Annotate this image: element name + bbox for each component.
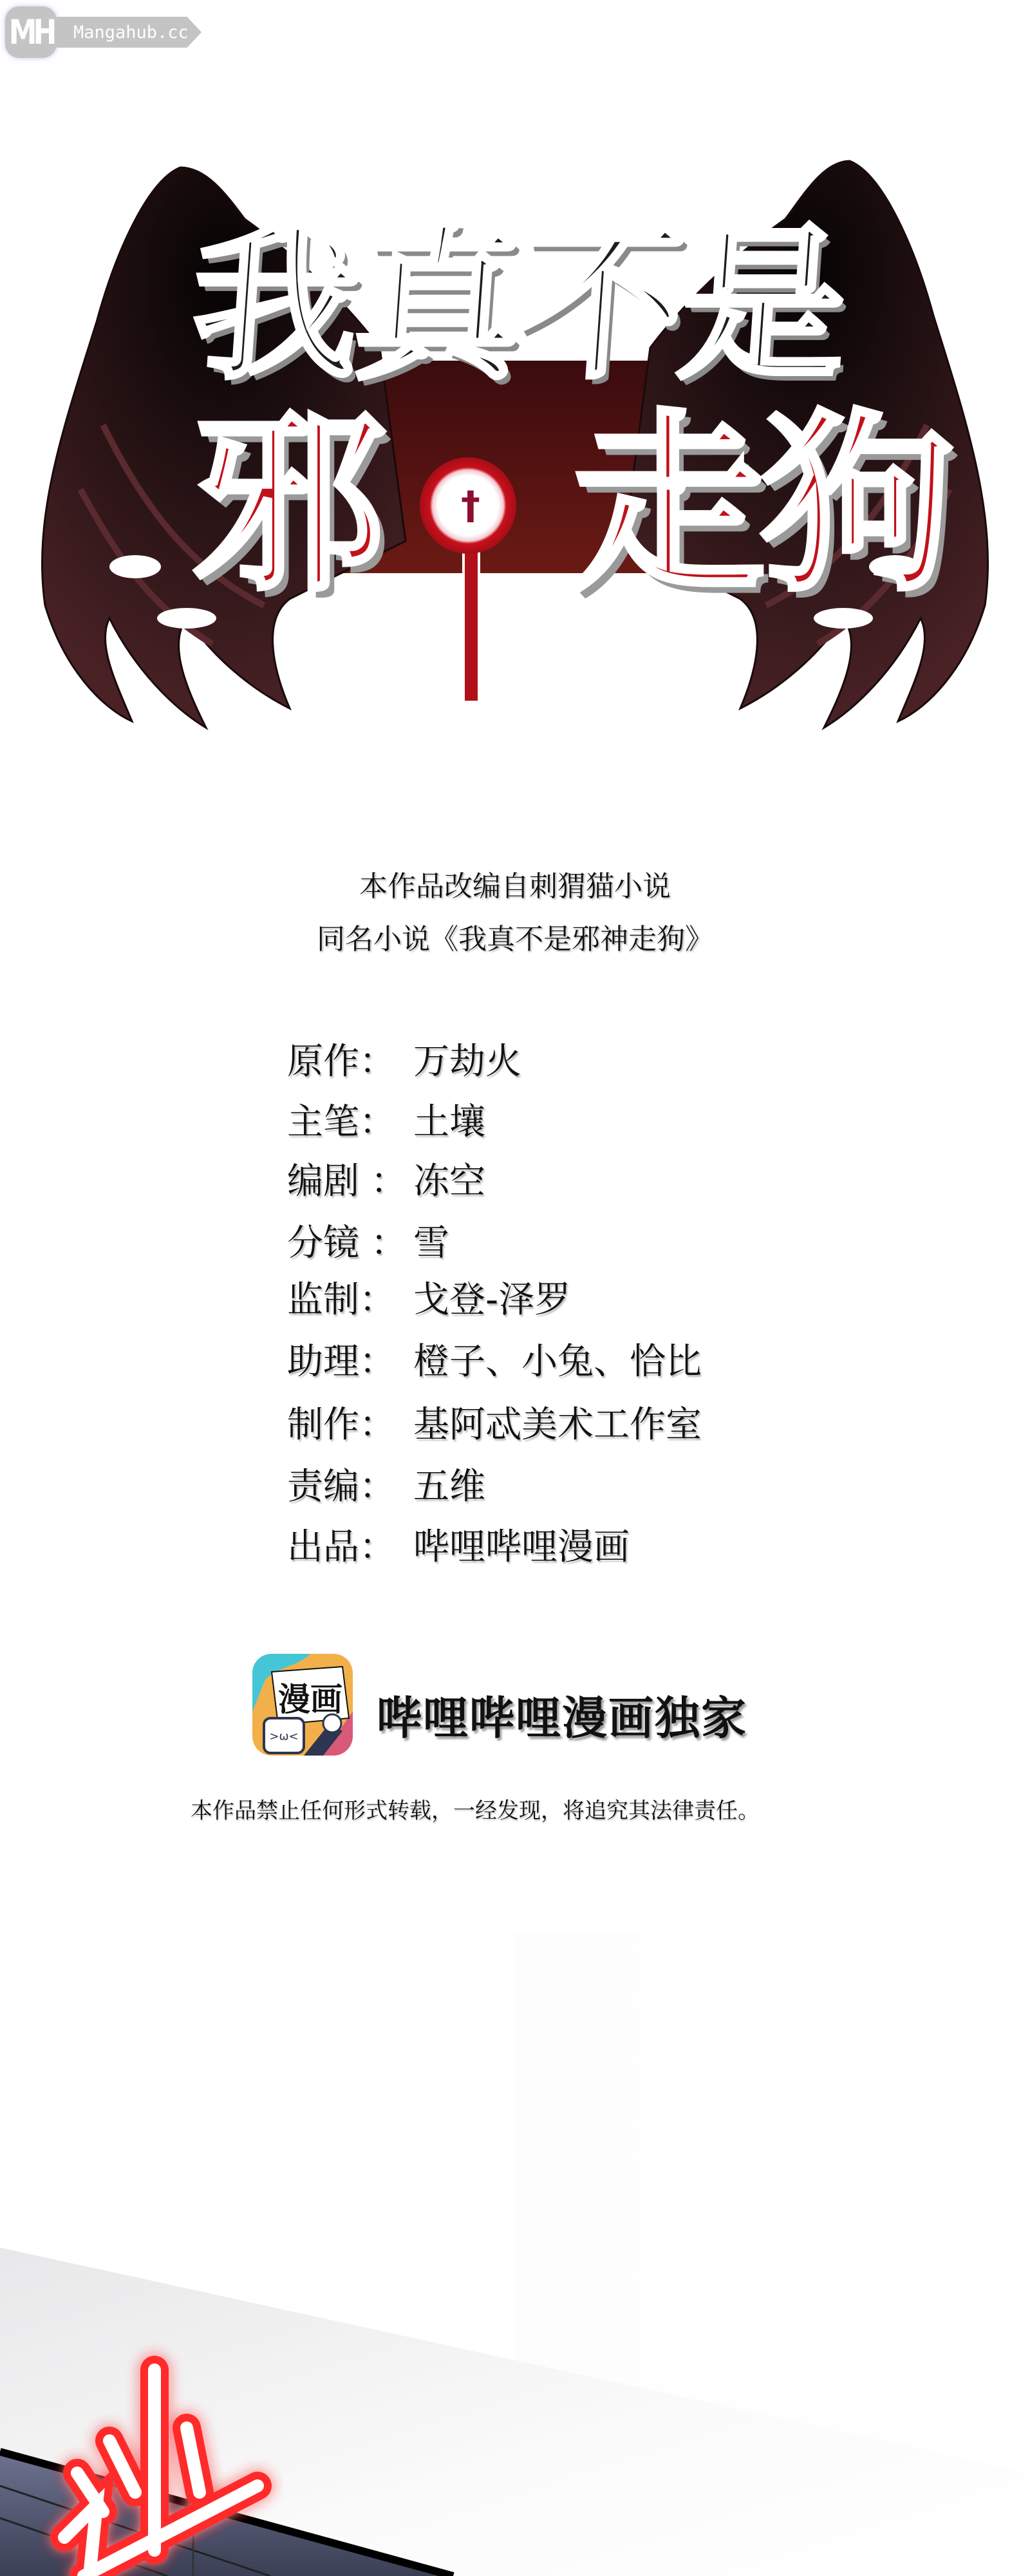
site-watermark[interactable]: MH Mangahub.cc xyxy=(5,6,218,58)
credit-supervisor: 监制：戈登-泽罗 xyxy=(287,1278,570,1316)
svg-text:漫画: 漫画 xyxy=(278,1680,342,1718)
dagger-icon: † xyxy=(461,483,475,528)
credit-publisher: 出品：哔哩哔哩漫画 xyxy=(287,1525,630,1564)
comic-title-logo: 我真不是 邪神走狗 † xyxy=(19,155,1011,734)
sound-effect xyxy=(26,2325,283,2576)
site-logo-icon: MH xyxy=(5,6,57,58)
site-name: Mangahub.cc xyxy=(73,23,189,43)
title-line-2: 邪神走狗 xyxy=(193,409,950,602)
credit-screenwriter: 编剧 ：冻空 xyxy=(287,1159,485,1198)
title-line-1: 我真不是 xyxy=(187,222,848,388)
credit-editor: 责编： 五维 xyxy=(287,1464,485,1503)
svg-text:>ω<: >ω< xyxy=(269,1730,298,1743)
exclusive-label: 哔哩哔哩漫画独家 xyxy=(377,1682,747,1747)
red-eye-icon: † xyxy=(420,457,516,554)
site-name-tag: Mangahub.cc xyxy=(57,17,201,48)
credit-production: 制作：基阿忒美术工作室 xyxy=(287,1403,702,1441)
credit-original-author: 原作：万劫火 xyxy=(287,1039,521,1078)
credit-lead-artist: 主笔：土壤 xyxy=(287,1100,485,1139)
novel-title-note: 同名小说《我真不是邪神走狗》 xyxy=(0,916,1030,957)
credit-storyboard: 分镜 ：雪 xyxy=(287,1221,449,1260)
credit-assistants: 助理： 橙子、小兔、恰比 xyxy=(287,1340,702,1378)
copyright-disclaimer: 本作品禁止任何形式转载，一经发现，将追究其法律责任。 xyxy=(191,1793,760,1824)
adaptation-note: 本作品改编自刺猬猫小说 xyxy=(0,863,1030,904)
bilibili-manga-app-icon: 漫画 >ω< xyxy=(252,1654,353,1756)
